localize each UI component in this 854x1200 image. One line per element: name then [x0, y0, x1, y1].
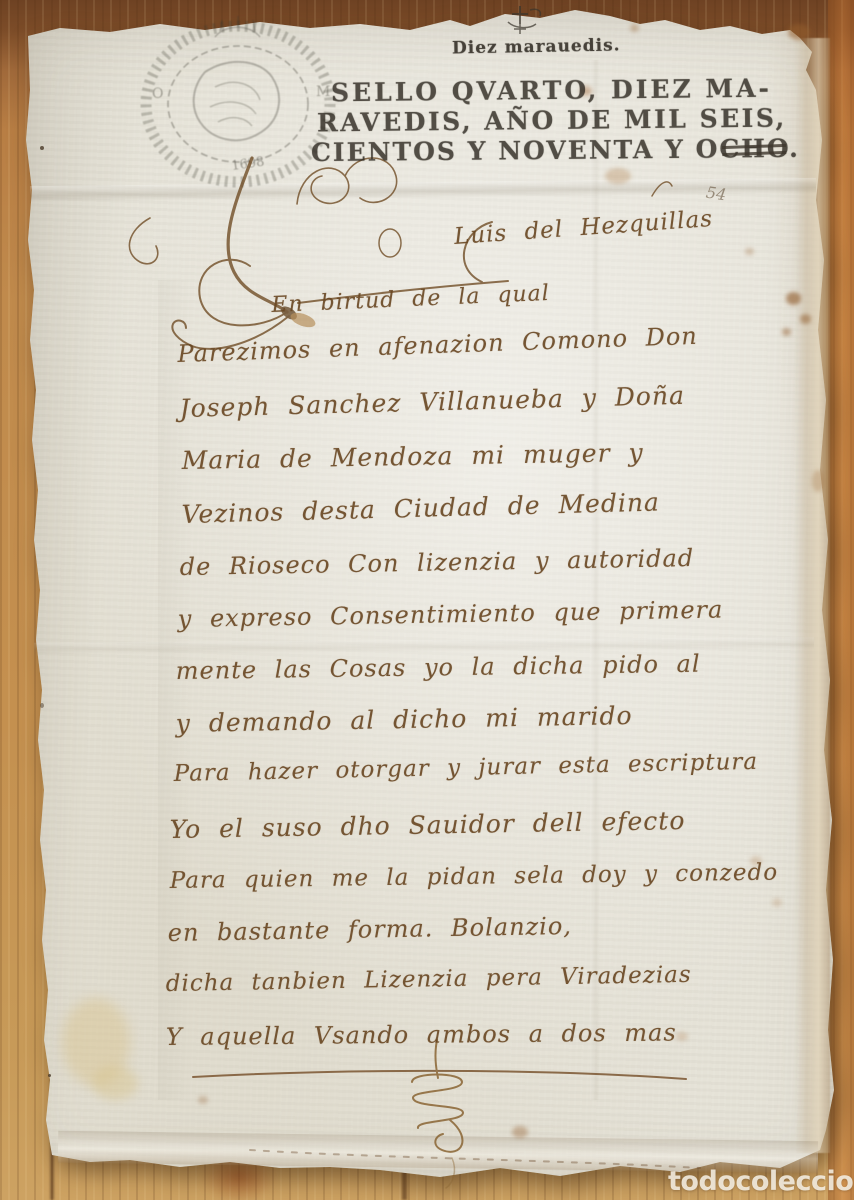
paper-hole: [40, 703, 44, 708]
stain-spot: [198, 1096, 208, 1104]
paper-hole: [40, 146, 44, 150]
stain-spot: [788, 24, 810, 40]
stain-spot: [782, 328, 791, 336]
paper-hole: [48, 1074, 51, 1077]
stamp-header-line-2: RAVEDIS, AÑO DE MIL SEIS,: [317, 104, 787, 138]
stain-spot: [676, 1032, 688, 1041]
stamp-header-line-3: CIENTOS Y NOVENTA Y OCHO.: [311, 134, 800, 167]
margin-mark: 54: [705, 183, 728, 205]
photo-scene: O M 1698: [0, 0, 854, 1200]
stain-spot: [745, 248, 754, 255]
stain-spot: [630, 24, 639, 32]
stain-spot: [812, 470, 824, 492]
printed-tax-line: Diez marauedis.: [452, 36, 621, 59]
stain-spot: [605, 168, 631, 184]
torn-right-edge: [794, 38, 830, 1153]
stain-spot: [800, 314, 811, 324]
stain-spot: [92, 1066, 138, 1100]
stain-spot: [772, 898, 782, 907]
site-watermark: todocoleccion: [668, 1166, 854, 1197]
stamp-header-line-1: SELLO QVARTO, DIEZ MA-: [331, 74, 772, 108]
manuscript-line: Y aquella Vsando ambos a dos mas: [166, 1019, 677, 1051]
stain-spot: [786, 292, 801, 305]
stain-spot: [512, 1126, 528, 1138]
